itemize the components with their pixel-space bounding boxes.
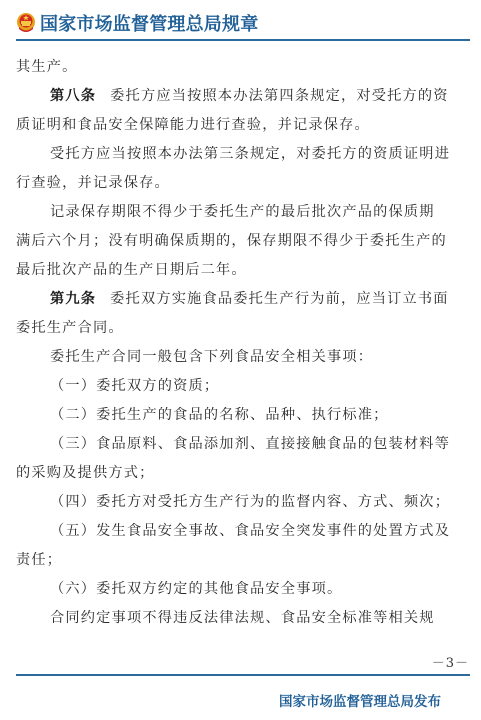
list-item: （三）食品原料、食品添加剂、直接接触食品的包装材料等 xyxy=(16,430,471,459)
header-divider xyxy=(16,39,470,41)
line-text: 委托双方实施食品委托生产行为前，应当订立书面 xyxy=(110,291,449,307)
line-text: 行查验，并记录保存。 xyxy=(16,175,170,191)
text-line: 的采购及提供方式； xyxy=(16,459,471,488)
text-line: 行查验，并记录保存。 xyxy=(16,169,471,198)
line-text: 记录保存期限不得少于委托生产的最后批次产品的保质期 xyxy=(50,204,435,220)
line-text: 其生产。 xyxy=(16,59,78,75)
list-item: （四）委托方对受托方生产行为的监督内容、方式、频次； xyxy=(16,488,471,517)
line-text: 最后批次产品的生产日期后二年。 xyxy=(16,262,247,278)
line-text: 委托生产合同。 xyxy=(16,320,124,336)
article-line: 第九条委托双方实施食品委托生产行为前，应当订立书面 xyxy=(16,285,471,314)
article-number: 第九条 xyxy=(50,291,96,307)
line-text: 委托方应当按照本办法第四条规定，对受托方的资 xyxy=(110,88,449,104)
list-item: （六）委托双方约定的其他食品安全事项。 xyxy=(16,575,471,604)
line-text: 质证明和食品安全保障能力进行查验，并记录保存。 xyxy=(16,117,370,133)
text-line: 其生产。 xyxy=(16,53,471,82)
line-text: 委托生产合同一般包含下列食品安全相关事项： xyxy=(50,349,373,365)
paragraph-line: 合同约定事项不得违反法律法规、食品安全标准等相关规 xyxy=(16,604,471,633)
line-text: 责任； xyxy=(16,552,62,568)
document-body: 其生产。 第八条委托方应当按照本办法第四条规定，对受托方的资 质证明和食品安全保… xyxy=(16,53,471,633)
list-item: （一）委托双方的资质； xyxy=(16,372,471,401)
line-text: 受托方应当按照本办法第三条规定，对委托方的资质证明进 xyxy=(50,146,450,162)
text-line: 满后六个月；没有明确保质期的，保存期限不得少于委托生产的 xyxy=(16,227,471,256)
page-number: －3－ xyxy=(432,652,469,671)
line-text: （三）食品原料、食品添加剂、直接接触食品的包装材料等 xyxy=(50,436,450,452)
text-line: 委托生产合同。 xyxy=(16,314,471,343)
header-title: 国家市场监督管理总局规章 xyxy=(40,10,258,36)
article-line: 第八条委托方应当按照本办法第四条规定，对受托方的资 xyxy=(16,82,471,111)
national-emblem-icon xyxy=(16,12,36,34)
footer-divider xyxy=(16,674,470,676)
article-number: 第八条 xyxy=(50,88,96,104)
text-line: 责任； xyxy=(16,546,471,575)
text-line: 质证明和食品安全保障能力进行查验，并记录保存。 xyxy=(16,111,471,140)
footer-publisher: 国家市场监督管理总局发布 xyxy=(279,690,441,710)
paragraph-line: 委托生产合同一般包含下列食品安全相关事项： xyxy=(16,343,471,372)
line-text: （六）委托双方约定的其他食品安全事项。 xyxy=(50,581,342,597)
document-header: 国家市场监督管理总局规章 xyxy=(16,8,258,38)
line-text: （四）委托方对受托方生产行为的监督内容、方式、频次； xyxy=(50,494,450,510)
list-item: （二）委托生产的食品的名称、品种、执行标准； xyxy=(16,401,471,430)
line-text: （一）委托双方的资质； xyxy=(50,378,219,394)
paragraph-line: 记录保存期限不得少于委托生产的最后批次产品的保质期 xyxy=(16,198,471,227)
line-text: 合同约定事项不得违反法律法规、食品安全标准等相关规 xyxy=(50,610,435,626)
line-text: 满后六个月；没有明确保质期的，保存期限不得少于委托生产的 xyxy=(16,233,447,249)
line-text: （五）发生食品安全事故、食品安全突发事件的处置方式及 xyxy=(50,523,450,539)
line-text: 的采购及提供方式； xyxy=(16,465,155,481)
line-text: （二）委托生产的食品的名称、品种、执行标准； xyxy=(50,407,389,423)
paragraph-line: 受托方应当按照本办法第三条规定，对委托方的资质证明进 xyxy=(16,140,471,169)
list-item: （五）发生食品安全事故、食品安全突发事件的处置方式及 xyxy=(16,517,471,546)
text-line: 最后批次产品的生产日期后二年。 xyxy=(16,256,471,285)
